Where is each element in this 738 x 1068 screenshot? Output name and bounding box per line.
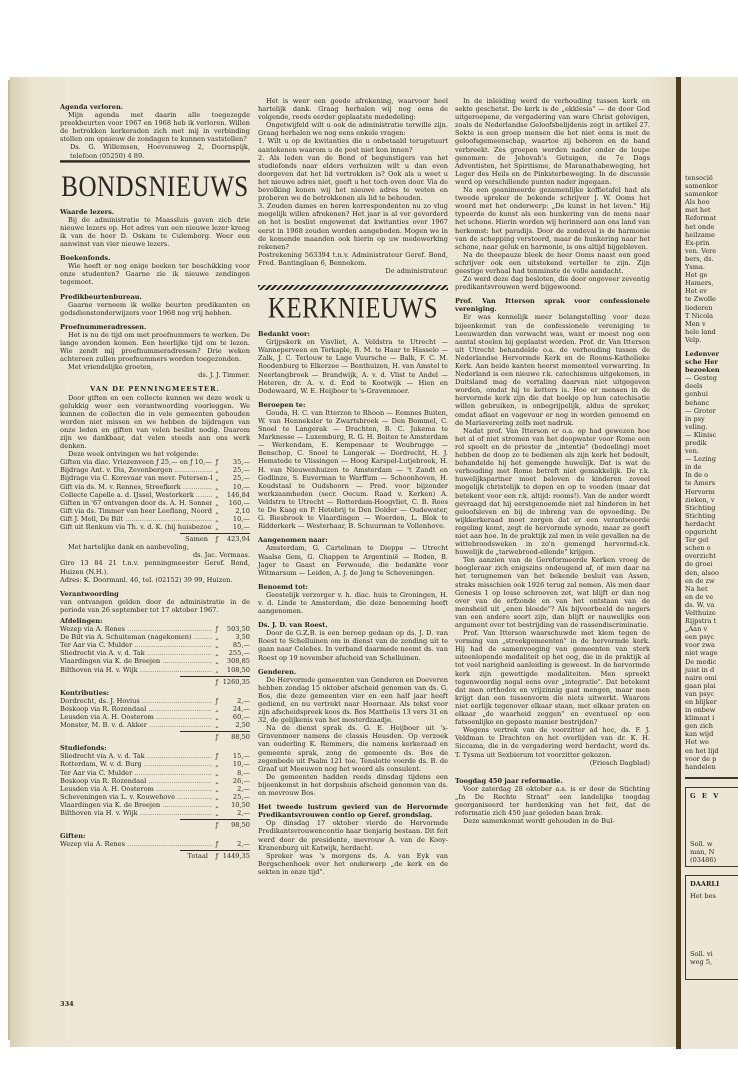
text-line: predik	[685, 439, 738, 447]
entry-currency: ƒ	[212, 840, 222, 848]
entry-amount: 10,—	[222, 515, 250, 523]
lustrum-heading: Het tweede lustrum gevierd van de Hervor…	[258, 803, 448, 819]
entry-currency: „	[212, 666, 222, 674]
text-line: schen o	[685, 544, 738, 552]
text-line: Ter gel	[685, 536, 738, 544]
text-line: Rijpstra t	[685, 617, 738, 625]
entry-amount: 10,—	[222, 483, 250, 491]
penningmeester-intro: Deze week ontvingen we het volgende:	[60, 450, 250, 458]
text-line: weg 5,	[690, 958, 738, 966]
subtotal-row: ƒ1260,35	[60, 678, 250, 686]
text-line: hele land	[685, 328, 738, 336]
ledger-row: Sliedrecht via A. v. d. Tak„255,—	[60, 649, 250, 657]
entry-amount: 2,—	[222, 697, 250, 705]
ledger-row: Boskoop via R. Rozendaal„26,—	[60, 777, 250, 785]
donation-row: Gift J. Moll, De Bilt„10,—	[60, 515, 250, 523]
sekten-paragraph-2: Na een geanimeerde gezamenlijke koffieta…	[455, 186, 650, 251]
donation-row: Gift via ds. Timmer van heer Leeflang, N…	[60, 507, 250, 515]
donation-row: Gift uit Renkum via Th. v. d. K. (bij hu…	[60, 523, 250, 531]
itterson-paragraph-5: Wegens vertrek van de voorzitter ad hoc,…	[455, 726, 650, 758]
text-line: Ledenver	[685, 350, 738, 358]
text-line: bezoeken	[685, 366, 738, 374]
text-line: niet wage	[685, 649, 738, 657]
entry-currency: „	[212, 523, 222, 531]
text-line: zieken, v	[685, 496, 738, 504]
text-line: Hervorm	[685, 488, 738, 496]
total-rule	[180, 533, 250, 534]
entry-label: Wezep via A. Renes	[60, 625, 212, 633]
ledger-row: Vlaardingen via K. de Breejen„10,50	[60, 801, 250, 809]
donation-row: Bijdrage via C. Korevaar van mevr. Peter…	[60, 474, 250, 482]
entry-label: Monster, M. B. v. d. Akker	[60, 721, 212, 729]
verantwoording-body: van ontvangen gelden door de administrat…	[60, 598, 250, 614]
text-line: te Zwolle	[685, 295, 738, 303]
text-line: — Klinisc	[685, 431, 738, 439]
entry-label: Rotterdam, W. v. d. Burg	[60, 760, 212, 768]
entry-currency: ƒ	[212, 752, 222, 760]
text-line: overzicht	[685, 552, 738, 560]
text-line: Velp.	[685, 336, 738, 344]
waarde-body: Bij de administratie te Maassluis gaven …	[60, 216, 250, 248]
admin-question-2: 2. Als leden van de Bond of begunstigers…	[258, 154, 448, 203]
proefnummer-body: Het is nu de tijd om met proefnummers te…	[60, 331, 250, 363]
entry-label: Giften in '67 ontvangen door ds. A. H. S…	[60, 499, 212, 507]
text-line: samenkor	[685, 182, 738, 190]
entry-label: De Bilt via A. Schuiteman (nagekomen)	[60, 633, 212, 641]
advert-box-2: DAARLI Het bes Soll. viweg 5,	[685, 875, 738, 980]
entry-amount: 26,—	[222, 777, 250, 785]
entry-label: Bijdrage via C. Korevaar van mevr. Peter…	[60, 474, 212, 482]
penningmeester-thanks: Met hartelijke dank en aanbeveling,	[60, 543, 250, 551]
text-line: gen zich	[685, 722, 738, 730]
agenda-body: Mijn agenda met daarin alle toegezegde p…	[60, 111, 250, 143]
entry-currency: „	[212, 809, 222, 817]
text-line: en het lijd	[685, 747, 738, 755]
admin-postal: Postrekening 563394 t.n.v. Administrateu…	[258, 251, 448, 267]
itterson-paragraph-3: Ten aanzien van de Gereformeerde Kerken …	[455, 556, 650, 629]
beroepen-heading: Beroepen te:	[258, 401, 448, 409]
ledger-row: Scheveningen via L. v. Kouwehove„25,—	[60, 793, 250, 801]
itterson-paragraph-4: Prof. Van Itterson waarschuwde met klem …	[455, 629, 650, 726]
adjacent-page-text: tensociësamenkorsamenkorAls hoomet hetRe…	[685, 174, 738, 980]
entry-label: Scheveningen via L. v. Kouwehove	[60, 793, 212, 801]
entry-label: Gift via ds. Timmer van heer Leeflang, N…	[60, 507, 212, 515]
subtotal-row: ƒ98,50	[60, 821, 250, 829]
text-line: — Gesteg	[685, 374, 738, 382]
entry-currency: „	[212, 760, 222, 768]
donation-row: Collecte Capelle a. d. IJssel, Westerker…	[60, 491, 250, 499]
entry-amount: 2,10	[222, 507, 250, 515]
advert-1-footer: Soll. wman, N(03486)	[690, 840, 738, 864]
aangenomen-body: Amsterdam, G. Cartelman te Dieppe — Utre…	[258, 544, 448, 576]
subtotal-rule	[180, 819, 250, 820]
ledger-row: Leusden via A. H. Oosterom„2,—	[60, 785, 250, 793]
itterson-paragraph-1: Er was kennelijk meer belangstelling voo…	[455, 313, 650, 426]
entry-currency: „	[212, 466, 222, 474]
lustrum-paragraph-2: Spreker was 's morgens ds. A. van Eyk va…	[258, 852, 448, 876]
total-currency: ƒ	[212, 535, 222, 543]
toogdag-heading: Toogdag 450 jaar reformatie.	[455, 777, 650, 785]
entry-amount: 160,—	[222, 499, 250, 507]
donation-row: Giften in '67 ontvangen door ds. A. H. S…	[60, 499, 250, 507]
beroepen-body: Gouda, H. C. van Itterzon te Rhoon — Eem…	[258, 409, 448, 530]
verantwoording-groups: Afdelingen:Wezep via A. Renesƒ503,50De B…	[60, 617, 250, 848]
text-line: Na het	[685, 585, 738, 593]
text-line: herdacht	[685, 520, 738, 528]
entry-label: Wezep via A. Renes	[60, 840, 212, 848]
subtotal-row: ƒ88,50	[60, 733, 250, 741]
entry-label: Leusden via A. H. Oosterom	[60, 713, 212, 721]
entry-label: Bijdrage Ant. v. Dis, Zevenbergen	[60, 466, 212, 474]
entry-amount: 108,50	[222, 666, 250, 674]
text-line: den, alsoo	[685, 569, 738, 577]
entry-currency: „	[212, 507, 222, 515]
text-line: deels	[685, 382, 738, 390]
entry-currency: „	[212, 515, 222, 523]
proefnummer-greeting: Met vriendelijke groeten,	[60, 363, 250, 371]
wavy-divider	[258, 285, 448, 290]
text-line: een psyc	[685, 633, 738, 641]
text-line: Stichting	[685, 504, 738, 512]
entry-amount: 2,—	[222, 785, 250, 793]
text-line: klimaat i	[685, 714, 738, 722]
entry-currency: „	[212, 499, 222, 507]
advert-2-line: Het bes	[690, 892, 738, 900]
genderen-paragraph-1: De Hervormde gemeenten van Genderen en D…	[258, 676, 448, 725]
adjacent-lines-top: tensociësamenkorsamenkorAls hoomet hetRe…	[685, 174, 738, 344]
entry-amount: 10,—	[222, 523, 250, 531]
text-line: Het ge	[685, 271, 738, 279]
text-line: Reformat	[685, 214, 738, 222]
entry-currency: „	[212, 705, 222, 713]
predikbeurten-body: Gaarne verneem ik welke beurten predikan…	[60, 301, 250, 317]
entry-amount: 25,—	[222, 466, 250, 474]
benoemd-heading: Benoemd tot:	[258, 583, 448, 591]
grand-total-rule	[180, 850, 250, 851]
entry-currency: „	[212, 483, 222, 491]
ledger-row: De Bilt via A. Schuiteman (nagekomen)„3,…	[60, 633, 250, 641]
text-line: T Nicola	[685, 312, 738, 320]
entry-label: Dordrecht, ds. J. Hovius	[60, 697, 212, 705]
advert-2-footer: Soll. viweg 5,	[690, 950, 738, 966]
verantwoording-total-row: Totaal ƒ 1449,35	[60, 852, 250, 860]
ledger-row: Wezep via A. Renesƒ2,—	[60, 840, 250, 848]
text-line: In de o	[685, 471, 738, 479]
text-line: — Groter	[685, 407, 738, 415]
text-line: in psy	[685, 415, 738, 423]
penningmeester-address: Adres: K. Doormanl. 46, tel. (02152) 39 …	[60, 576, 250, 584]
bondsnieuws-masthead: BONDSNIEUWS	[60, 160, 250, 206]
page-number: 334	[60, 1000, 74, 1008]
entry-label: Boskoop via R. Rozendaal	[60, 777, 212, 785]
text-line: naire omi	[685, 674, 738, 682]
group-heading: Afdelingen:	[60, 617, 250, 625]
text-line: ven. Vere	[685, 247, 738, 255]
entry-amount: 15,—	[222, 752, 250, 760]
text-line: handelen	[685, 763, 738, 771]
donation-row: Giften via diac. Vriezenveen ƒ 25,— en ƒ…	[60, 458, 250, 466]
entry-label: Bilthoven via H. v. Wijk	[60, 666, 212, 674]
entry-amount: 25,—	[222, 474, 250, 482]
entry-label: Giften via diac. Vriezenveen ƒ 25,— en ƒ…	[60, 458, 212, 466]
text-line: en de zw	[685, 577, 738, 585]
text-line: opgericht	[685, 528, 738, 536]
itterson-source: (Friesch Dagblad)	[455, 759, 650, 767]
penningmeester-signature: ds. Jac. Vermaas.	[60, 551, 250, 559]
penningmeester-total-row: Samen ƒ 423,94	[60, 535, 250, 543]
text-line: en de ve	[685, 593, 738, 601]
entry-label: Vlaardingen via K. de Breejen	[60, 801, 212, 809]
entry-label: Ter Aar via C. Mulder	[60, 769, 212, 777]
text-line: Ex-prin	[685, 239, 738, 247]
text-line: heilzame	[685, 231, 738, 239]
entry-currency: „	[212, 769, 222, 777]
grand-total-currency: ƒ	[212, 852, 222, 860]
entry-amount: 146,84	[222, 491, 250, 499]
entry-label: Collecte Capelle a. d. IJssel, Westerker…	[60, 491, 212, 499]
group-heading: Kontributies:	[60, 689, 250, 697]
total-amount: 423,94	[222, 535, 250, 543]
entry-label: Boskoop via R. Rozendaal	[60, 705, 212, 713]
entry-currency: „	[212, 713, 222, 721]
bedankt-body: Grijpskerk en Visvliet, A. Veldstra te U…	[258, 338, 448, 395]
entry-amount: 255,—	[222, 649, 250, 657]
entry-currency: „	[212, 649, 222, 657]
entry-currency: „	[212, 801, 222, 809]
ledger-row: Monster, M. B. v. d. Akker„2,50	[60, 721, 250, 729]
ledger-row: Bilthoven via H. v. Wijk„108,50	[60, 666, 250, 674]
text-line: in de	[685, 463, 738, 471]
text-line: ven.	[685, 447, 738, 455]
group-heading: Giften:	[60, 832, 250, 840]
admin-signature: De administrateur.	[258, 267, 448, 275]
entry-amount: 10,—	[222, 760, 250, 768]
entry-amount: 8,—	[222, 769, 250, 777]
aangenomen-heading: Aangenomen naar:	[258, 536, 448, 544]
ledger-row: Boskoop via R. Rozendaal„24,—	[60, 705, 250, 713]
roest-heading: Ds. J. D. van Roest.	[258, 621, 448, 629]
text-line: Men v	[685, 320, 738, 328]
text-line: van psyc	[685, 690, 738, 698]
grand-total-amount: 1449,35	[222, 852, 250, 860]
entry-label: Sliedrecht via A. v. d. Tak	[60, 649, 212, 657]
entry-currency: ƒ	[212, 697, 222, 705]
entry-amount: 10,50	[222, 801, 250, 809]
text-line: Als hoo	[685, 198, 738, 206]
ledger-row: Sliedrecht via A. v. d. Takƒ15,—	[60, 752, 250, 760]
roest-body: Door de G.Z.B. is een beroep gedaan op d…	[258, 629, 448, 661]
text-line: voor zwa	[685, 641, 738, 649]
admin-question-1: 1. Wilt u op de kwitanties die u onbetaa…	[258, 137, 448, 153]
entry-amount: 85,—	[222, 641, 250, 649]
text-line: bers, ds.	[685, 255, 738, 263]
predikbeurten-heading: Predikbeurtenbureau.	[60, 293, 250, 301]
agenda-signature: Ds. G. Willemsen, Hoevensweg 2, Doornspi…	[60, 143, 250, 159]
donation-row: Bijdrage Ant. v. Dis, Zevenbergen„25,—	[60, 466, 250, 474]
text-line: en blijker	[685, 698, 738, 706]
entry-currency: „	[212, 491, 222, 499]
entry-currency: ƒ	[212, 625, 222, 633]
ledger-row: Rotterdam, W. v. d. Burg„10,—	[60, 760, 250, 768]
entry-amount: 25,—	[222, 793, 250, 801]
ledger-row: Ter Aar via C. Mulder„8,—	[60, 769, 250, 777]
sekten-paragraph-1: In de inleiding werd de verhouding tusse…	[455, 97, 650, 186]
entry-amount: 308,85	[222, 657, 250, 665]
itterson-heading: Prof. Van Itterson sprak voor confession…	[455, 297, 650, 313]
column-3: In de inleiding werd de verhouding tusse…	[455, 97, 650, 825]
ledger-row: Dordrecht, ds. J. Hoviusƒ2,—	[60, 697, 250, 705]
entry-currency: „	[212, 641, 222, 649]
ledenvergadering-heading: Ledenversche Herbezoeken	[685, 350, 738, 374]
genderen-paragraph-2: Na de dienst sprak ds. G. E. Heijboer ui…	[258, 724, 448, 773]
entry-amount: 3,50	[222, 633, 250, 641]
penningmeester-entries: Giften via diac. Vriezenveen ƒ 25,— en ƒ…	[60, 458, 250, 531]
text-line: Het ev	[685, 287, 738, 295]
admin-paragraph-2: Ongetwijfeld wilt u ook de administratie…	[258, 121, 448, 137]
bedankt-heading: Bedankt voor:	[258, 330, 448, 338]
text-line: met het	[685, 206, 738, 214]
proefnummer-heading: Proefnummeradressen.	[60, 323, 250, 331]
lustrum-paragraph-1: Op dinsdag 17 oktober vierde de Hervormd…	[258, 819, 448, 851]
entry-label: Bilthoven via H. v. Wijk	[60, 809, 212, 817]
text-line: in onbew	[685, 706, 738, 714]
text-line: Het we	[685, 738, 738, 746]
penningmeester-giro: Giro 13 84 21 t.n.v. penningmeester Gere…	[60, 559, 250, 575]
ledger-row: Ter Aar via C. Mulder„85,—	[60, 641, 250, 649]
agenda-heading: Agenda verloren.	[60, 103, 250, 111]
entry-label: Leusden via A. H. Oosterom	[60, 785, 212, 793]
entry-amount: 503,50	[222, 625, 250, 633]
text-line: De medic	[685, 658, 738, 666]
adjacent-page-fragment: tensociësamenkorsamenkorAls hoomet hetRe…	[681, 77, 738, 1049]
genderen-paragraph-3: De gemeenten hadden reeds dinsdag tijden…	[258, 773, 448, 797]
text-line: ds. W. va	[685, 601, 738, 609]
column-2: Het is weer een goede afrekening, waarvo…	[258, 97, 448, 876]
entry-currency: „	[212, 657, 222, 665]
waarde-heading: Waarde lezers.	[60, 208, 250, 216]
genderen-heading: Genderen.	[258, 668, 448, 676]
text-line: kan wijd	[685, 730, 738, 738]
proefnummer-signature: ds. J. J. Timmer.	[60, 371, 250, 379]
entry-amount: 24,—	[222, 705, 250, 713]
entry-label: Gift J. Moll, De Bilt	[60, 515, 212, 523]
sekten-paragraph-4: Zo werd deze dag besloten, die door onge…	[455, 275, 650, 291]
text-line: het onde	[685, 223, 738, 231]
entry-amount: 2,—	[222, 840, 250, 848]
subtotal-rule	[180, 731, 250, 732]
admin-question-3: 3. Zouden dames en heren korrespondenten…	[258, 202, 448, 251]
ledger-row: Bilthoven via H. v. Wijk„2,—	[60, 809, 250, 817]
boekenfonds-body: Wie heeft er nog enige boeken ter beschi…	[60, 262, 250, 286]
advert-box-1: G E V Soll. wman, N(03486)	[685, 787, 738, 867]
text-line: man, N	[690, 848, 738, 856]
entry-label: Sliedrecht via A. v. d. Tak	[60, 752, 212, 760]
penningmeester-body: Door giften en een collecte kunnen we de…	[60, 394, 250, 451]
boekenfonds-heading: Boekenfonds.	[60, 254, 250, 262]
entry-currency: „	[212, 633, 222, 641]
benoemd-body: Geestelijk verzorger v. h. diac. huis te…	[258, 591, 448, 615]
column-1: Agenda verloren. Mijn agenda met daarin …	[60, 97, 250, 861]
text-line: voor de p	[685, 755, 738, 763]
text-line: samenkor	[685, 190, 738, 198]
donation-row: Gift via ds. M. v. Rennes, Streefkerk„10…	[60, 483, 250, 491]
text-line: Stichting	[685, 512, 738, 520]
text-line: Soll. w	[690, 840, 738, 848]
entry-currency: „	[212, 721, 222, 729]
entry-currency: „	[212, 474, 222, 482]
entry-amount: 2,—	[222, 809, 250, 817]
text-line: sche Her	[685, 358, 738, 366]
ledger-row: Vlaardingen via K. de Breejen„308,85	[60, 657, 250, 665]
entry-currency: „	[212, 785, 222, 793]
text-line: de groei	[685, 560, 738, 568]
text-line: Soll. vi	[690, 950, 738, 958]
advert-1-heading: G E V	[690, 792, 738, 800]
total-label: Samen	[60, 535, 212, 543]
entry-amount: 2,50	[222, 721, 250, 729]
group-heading: Studiefonds:	[60, 744, 250, 752]
text-line: gaan plai	[685, 682, 738, 690]
text-line: behanc	[685, 399, 738, 407]
text-line: liederen	[685, 304, 738, 312]
entry-amount: 35,—	[222, 458, 250, 466]
text-line: genhui	[685, 390, 738, 398]
sekten-paragraph-3: Na de theepauze bleek de heer Ooms naast…	[455, 251, 650, 275]
adjacent-lines-mid: — Gestegdeelsgenhuibehanc— Groterin psyv…	[685, 374, 738, 771]
subtotal-rule	[180, 676, 250, 677]
toogdag-paragraph-2: Deze samenkomst wordt gehouden in de Bul…	[455, 817, 650, 825]
entry-label: Vlaardingen via K. de Breejen	[60, 657, 212, 665]
entry-label: Gift via ds. M. v. Rennes, Streefkerk	[60, 483, 212, 491]
entry-label: Gift uit Renkum via Th. v. d. K. (bij hu…	[60, 523, 212, 531]
text-line: te Amers	[685, 479, 738, 487]
text-line: tensocië	[685, 174, 738, 182]
toogdag-paragraph-1: Voor zaterdag 28 oktober a.s. is er door…	[455, 785, 650, 817]
adjacent-rule	[685, 777, 738, 779]
text-line: Hamers,	[685, 279, 738, 287]
verantwoording-heading: Verantwoording	[60, 590, 250, 598]
text-line: (03486)	[690, 856, 738, 864]
entry-amount: 60,—	[222, 713, 250, 721]
grand-total-label: Totaal	[60, 852, 212, 860]
text-line: veling.	[685, 423, 738, 431]
entry-label: Ter Aar via C. Mulder	[60, 641, 212, 649]
penningmeester-heading: VAN DE PENNINGMEESTER.	[60, 385, 250, 393]
text-line: Ysma.	[685, 263, 738, 271]
advert-2-heading: DAARLI	[690, 880, 738, 888]
text-line: Velthuize	[685, 609, 738, 617]
entry-currency: ƒ	[212, 458, 222, 466]
ledger-row: Wezep via A. Renesƒ503,50	[60, 625, 250, 633]
entry-currency: „	[212, 777, 222, 785]
itterson-paragraph-2: Nadat prof. Van Itterson er o.a. op had …	[455, 427, 650, 557]
ledger-row: Leusden via A. H. Oosterom„60,—	[60, 713, 250, 721]
text-line: „Aan v	[685, 625, 738, 633]
admin-paragraph-1: Het is weer een goede afrekening, waarvo…	[258, 97, 448, 121]
kerknieuws-masthead: KERKNIEUWS	[258, 291, 448, 327]
text-line: — Lezing	[685, 455, 738, 463]
entry-currency: „	[212, 793, 222, 801]
text-line: juist in d	[685, 666, 738, 674]
